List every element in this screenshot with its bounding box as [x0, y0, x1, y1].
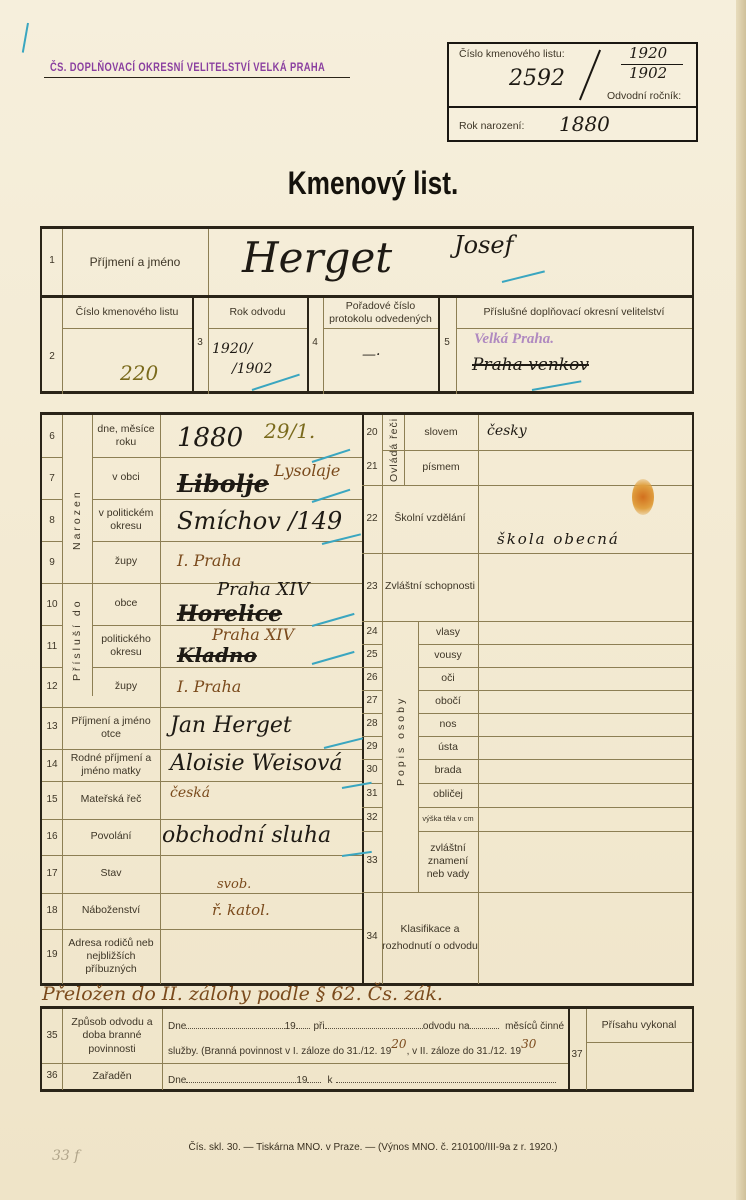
rok-odvodu-bottom: /1902 [232, 361, 272, 377]
label-occupation: Povolání [62, 819, 160, 855]
section-service: 35 Způsob odvodu a doba branné povinnost… [40, 1006, 694, 1092]
label-education: Školní vzdělání [382, 485, 478, 553]
odvod-type-field[interactable] [325, 1019, 423, 1029]
label-special-abilities: Zvláštní schopnosti [382, 553, 478, 621]
occupation-value: obchodní sluha [162, 823, 331, 848]
cislo-label: Číslo kmenového listu: [459, 48, 565, 60]
row-divider [362, 713, 382, 714]
office-stamp: ČS. DOPLŇOVACÍ OKRESNÍ VELITELSTVÍ VELKÁ… [50, 60, 325, 74]
domicile-zupa-value: I. Praha [177, 677, 241, 696]
row-number: 24 [362, 626, 382, 637]
birth-village-value: Lysolaje [274, 461, 340, 480]
mesicu-label: měsíců činné [505, 1021, 564, 1032]
mother-tongue-value: česká [170, 785, 210, 801]
page-title: Kmenový list. [67, 165, 679, 202]
header-poradove: Pořadové číslo protokolu odvedených [323, 298, 438, 328]
col-divider [162, 1009, 163, 1090]
row-number: 11 [42, 641, 62, 652]
reserve2-year: 30 [521, 1037, 536, 1051]
row-number: 17 [42, 868, 62, 879]
domicile-village-struck: Horelice [177, 601, 282, 627]
label-marital-status: Stav [62, 855, 160, 893]
label-birth-district: v politickém okresu [92, 499, 160, 541]
row-number: 6 [42, 431, 62, 442]
birth-district-value: Smíchov /149 [177, 507, 342, 535]
label-eyes: oči [418, 667, 478, 690]
row-divider [586, 1042, 692, 1043]
religion-value: ř. katol. [212, 901, 270, 919]
label-assigned: Zařaděn [62, 1063, 162, 1090]
row-number: 34 [362, 931, 382, 942]
k-label: k [327, 1075, 332, 1086]
label-domicile-village: obce [92, 583, 160, 625]
label-mouth: ústa [418, 736, 478, 759]
poradove-value: —· [362, 347, 380, 363]
row-divider [323, 328, 438, 329]
row-divider [362, 807, 382, 808]
marital-status-value: svob. [217, 877, 251, 892]
col-divider [160, 415, 161, 984]
label-classification: Klasifikace a rozhodnutí o odvodu [382, 892, 478, 984]
name-label: Příjmení a jméno [62, 229, 208, 295]
label-father: Příjmení a jméno otce [62, 707, 160, 749]
group-label-prislusi: Přísluší do [64, 583, 90, 696]
print-footer: Čís. skl. 30. — Tiskárna MNO. v Praze. —… [0, 1142, 746, 1153]
rocnik-top: 1920 [629, 44, 667, 62]
given-name-value: Josef [454, 231, 513, 259]
row-divider [362, 667, 382, 668]
rok-odvodu-top: 1920/ [212, 341, 252, 357]
conscription-line2: služby. (Branná povinnost v I. záloze do… [168, 1043, 564, 1057]
dne-label: Dne [168, 1075, 186, 1086]
id-box-divider [449, 106, 696, 108]
row-number: 21 [362, 461, 382, 472]
row-divider [42, 667, 62, 668]
label-birth-village: v obci [92, 457, 160, 499]
conscription-line1: Dne 19 při odvodu na měsíců činné [168, 1019, 564, 1032]
stamp-underline [44, 77, 350, 78]
col-divider [208, 229, 209, 295]
row-divider [362, 690, 382, 691]
row-number: 15 [42, 794, 62, 805]
row-divider [362, 759, 382, 760]
narozeni-label: Rok narození: [459, 120, 524, 132]
section-personal-data: Narozen Přísluší do 6 dne, měsíce roku 1… [40, 412, 694, 986]
narozeni-value: 1880 [559, 112, 610, 136]
label-marks: zvláštní znamení neb vady [418, 831, 478, 892]
section-name-block: 1 Příjmení a jméno Herget Josef Číslo km… [40, 226, 694, 394]
row-number: 2 [42, 351, 62, 362]
odvodu-label: odvodu na [423, 1021, 470, 1032]
row-number: 35 [42, 1030, 62, 1041]
row-number: 1 [42, 255, 62, 266]
row-divider [42, 541, 62, 542]
row-divider [456, 328, 692, 329]
label-mother: Rodné příjmení a jméno matky [62, 749, 160, 781]
check-arrow [502, 270, 545, 283]
row-divider [362, 831, 382, 832]
check-arrow [312, 489, 351, 503]
label-birth-zupa: župy [92, 541, 160, 583]
assigned-line: Dne 19 k [168, 1073, 556, 1086]
check-arrow [322, 533, 361, 545]
group-label-popis: Popis osoby [386, 691, 416, 791]
col-divider [478, 415, 479, 984]
row-divider [62, 328, 192, 329]
row-divider [42, 499, 62, 500]
row-number: 5 [438, 337, 456, 348]
assigned-year-field[interactable] [307, 1073, 321, 1083]
dne-label: Dne [168, 1021, 186, 1032]
label-birth-date: dne, měsíce roku [92, 415, 160, 457]
label-height: výška těla v cm [418, 807, 478, 831]
row-number: 30 [362, 764, 382, 775]
row-divider [362, 736, 382, 737]
label-beard: vousy [418, 644, 478, 667]
domicile-district-struck: Kladno [177, 643, 257, 667]
row-divider [362, 621, 692, 622]
reserve-annotation: Přeložen do II. zálohy podle § 62. Čs. z… [42, 983, 443, 1005]
speaks-value: česky [487, 423, 527, 439]
months-field[interactable] [470, 1019, 499, 1029]
label-chin: brada [418, 759, 478, 783]
row-divider [362, 644, 382, 645]
label-conscription: Způsob odvodu a doba branné povinnosti [62, 1009, 162, 1063]
label-face: obličej [418, 783, 478, 807]
label-speaks: slovem [404, 415, 478, 450]
rust-stain [632, 479, 654, 515]
assigned-unit-field[interactable] [336, 1073, 556, 1083]
row-number: 16 [42, 831, 62, 842]
row-number: 18 [42, 905, 62, 916]
header-rok: Rok odvodu [208, 298, 307, 328]
pencil-mark [22, 23, 29, 53]
label-parents-address: Adresa rodičů neb nejbližších příbuzných [62, 929, 160, 984]
domicile-district-value: Praha XIV [212, 625, 294, 644]
year-field[interactable] [296, 1019, 310, 1029]
row-divider [42, 625, 62, 626]
row-number: 10 [42, 599, 62, 610]
row-number: 20 [362, 427, 382, 438]
row-number: 12 [42, 681, 62, 692]
row-number: 19 [42, 949, 62, 960]
label-oath: Přísahu vykonal [586, 1009, 692, 1042]
row-number: 7 [42, 473, 62, 484]
check-arrow [312, 651, 355, 665]
velitelstvi-struck: Praha venkov [472, 355, 589, 375]
row-number: 3 [192, 337, 208, 348]
father-value: Jan Herget [170, 713, 292, 738]
row-number: 13 [42, 721, 62, 732]
margin-note: 33 f [52, 1148, 79, 1164]
birth-day-value: 29/1. [264, 419, 315, 443]
group-label-narozen: Narozen [64, 457, 90, 583]
label-hair: vlasy [418, 621, 478, 644]
row-number: 23 [362, 581, 382, 592]
pri-label: při [314, 1021, 325, 1032]
year-prefix: 19 [296, 1075, 307, 1086]
header-velitelstvi: Příslušné doplňovací okresní velitelství [456, 298, 692, 328]
reserve1-text: služby. (Branná povinnost v I. záloze do… [168, 1046, 391, 1057]
row-number: 26 [362, 672, 382, 683]
cislo-value: 2592 [509, 66, 565, 91]
document-page: ČS. DOPLŇOVACÍ OKRESNÍ VELITELSTVÍ VELKÁ… [0, 0, 746, 1200]
reserve2-text: , v II. záloze do 31./12. 19 [407, 1046, 522, 1057]
label-domicile-district: politického okresu [92, 625, 160, 667]
row-number: 37 [568, 1049, 586, 1060]
reserve1-year: 20 [391, 1037, 406, 1051]
row-number: 36 [42, 1070, 62, 1081]
rocnik-label: Odvodní ročník: [607, 90, 681, 102]
page-edge [736, 0, 746, 1200]
row-divider [208, 328, 307, 329]
education-value: škola obecná [497, 530, 620, 548]
row-number: 9 [42, 557, 62, 568]
check-arrow [532, 380, 582, 391]
assigned-date-field[interactable] [186, 1073, 296, 1083]
mother-value: Aloisie Weisová [170, 751, 343, 776]
row-number: 29 [362, 741, 382, 752]
row-divider [42, 583, 362, 584]
label-mother-tongue: Mateřská řeč [62, 781, 160, 819]
header-cislo: Číslo kmenového listu [62, 298, 192, 328]
row-number: 27 [362, 695, 382, 706]
year-prefix: 19 [285, 1021, 296, 1032]
birth-village-struck: Libolje [177, 469, 269, 498]
slash-mark [579, 50, 601, 101]
cislo-kmen-value: 220 [120, 361, 158, 385]
row-number: 28 [362, 718, 382, 729]
row-number: 32 [362, 812, 382, 823]
date-field[interactable] [186, 1019, 284, 1029]
domicile-village-value: Praha XIV [217, 579, 309, 600]
row-number: 8 [42, 515, 62, 526]
row-number: 33 [362, 855, 382, 866]
row-number: 4 [307, 337, 323, 348]
row-divider [42, 457, 62, 458]
row-number: 22 [362, 513, 382, 524]
label-domicile-zupa: župy [92, 667, 160, 707]
group-label-ovlada: Ovládá řeči [384, 415, 404, 485]
check-arrow [324, 737, 363, 749]
birth-year-value: 1880 [177, 423, 243, 453]
row-number: 14 [42, 759, 62, 770]
birth-zupa-value: I. Praha [177, 551, 241, 570]
label-writes: písmem [404, 450, 478, 485]
rocnik-bottom: 1902 [629, 64, 667, 82]
label-eyebrows: obočí [418, 690, 478, 713]
label-nose: nos [418, 713, 478, 736]
id-box: Číslo kmenového listu: 2592 1920 1902 Od… [447, 42, 698, 142]
surname-value: Herget [242, 233, 392, 282]
label-religion: Náboženství [62, 893, 160, 929]
row-number: 25 [362, 649, 382, 660]
row-number: 31 [362, 788, 382, 799]
velitelstvi-stamp: Velká Praha. [474, 331, 554, 348]
